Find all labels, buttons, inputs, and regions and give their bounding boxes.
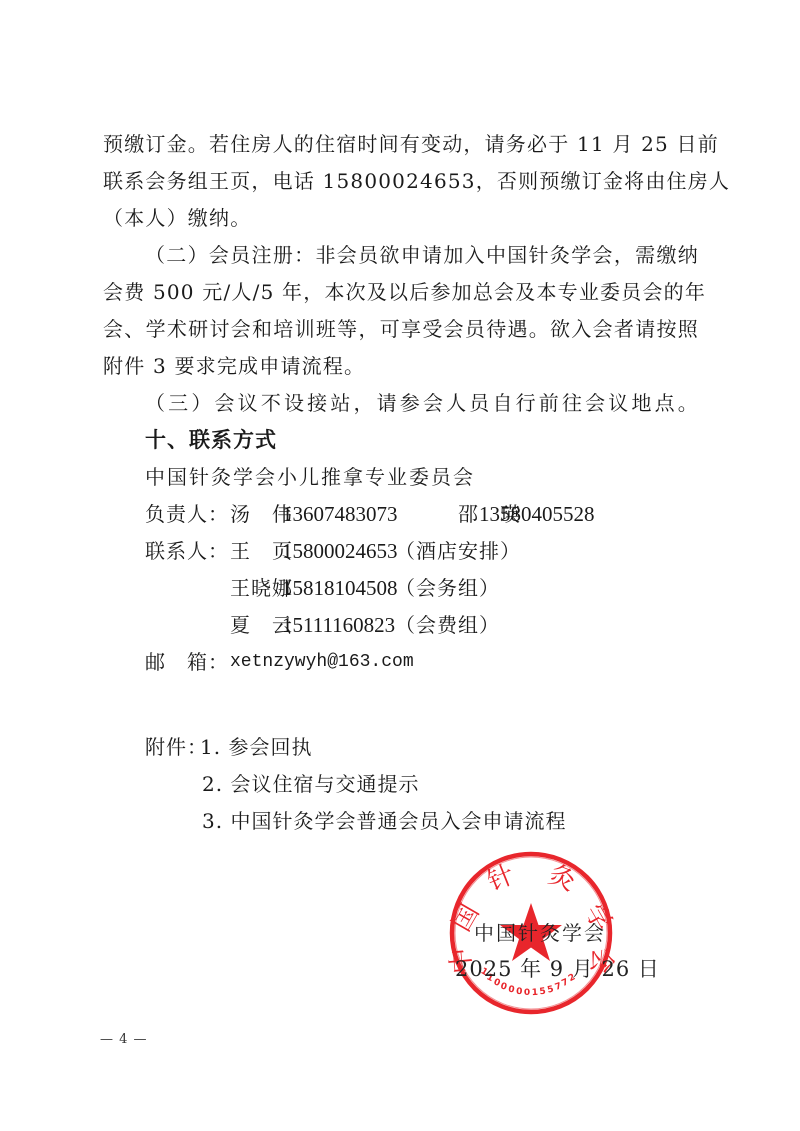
svg-text:0: 0 <box>499 981 508 992</box>
body-line: （本人）缴纳。 <box>103 204 699 232</box>
svg-text:0: 0 <box>507 985 515 996</box>
contact-role: （会务组） <box>395 574 500 602</box>
body-line: （二）会员注册：非会员欲申请加入中国针灸学会，需缴纳 <box>145 241 699 269</box>
email-address[interactable]: xetnzywyh@163.com <box>230 648 414 676</box>
attachment-item: 3. 中国针灸学会普通会员入会申请流程 <box>202 807 566 835</box>
responsible-phone: 13580405528 <box>479 500 595 528</box>
responsible-phone: 13607483073 <box>282 500 398 528</box>
svg-text:0: 0 <box>516 987 523 998</box>
signature-date: 2025 年 9 月 26 日 <box>455 956 660 982</box>
svg-text:0: 0 <box>524 988 530 998</box>
svg-text:5: 5 <box>546 984 554 995</box>
contact-role: （酒店安排） <box>395 537 521 565</box>
body-line: 联系会务组王页，电话 15800024653，否则预缴订金将由住房人 <box>103 167 699 195</box>
svg-text:5: 5 <box>539 987 547 998</box>
body-line: （三）会议不设接站，请参会人员自行前往会议地点。 <box>145 389 699 417</box>
organization-name: 中国针灸学会小儿推拿专业委员会 <box>145 463 475 491</box>
body-line: 附件 3 要求完成申请流程。 <box>103 352 699 380</box>
body-line: 会、学术研讨会和培训班等，可享受会员待遇。欲入会者请按照 <box>103 315 699 343</box>
contact-role: （会费组） <box>395 611 500 639</box>
page-number: — 4 — <box>100 1032 148 1047</box>
email-label: 邮 箱： <box>145 648 229 676</box>
contact-phone: 15800024653 <box>282 537 398 565</box>
contact-phone: 15111160823 <box>282 611 395 639</box>
document-page: 预缴订金。若住房人的住宿时间有变动，请务必于 11 月 25 日前 联系会务组王… <box>0 0 800 1131</box>
section-heading: 十、联系方式 <box>145 426 277 454</box>
signature-organization: 中国针灸学会 <box>474 920 606 946</box>
svg-text:1: 1 <box>532 988 539 998</box>
body-line: 预缴订金。若住房人的住宿时间有变动，请务必于 11 月 25 日前 <box>103 130 699 158</box>
attachment-item: 2. 会议住宿与交通提示 <box>202 770 419 798</box>
contact-phone: 15818104508 <box>282 574 398 602</box>
contacts-label: 联系人： <box>145 537 229 565</box>
responsible-label: 负责人： <box>145 500 229 528</box>
body-line: 会费 500 元/人/5 年，本次及以后参加总会及本专业委员会的年 <box>103 278 699 306</box>
attachments-label: 附件： <box>145 733 208 761</box>
attachment-item: 1. 参会回执 <box>200 733 312 761</box>
